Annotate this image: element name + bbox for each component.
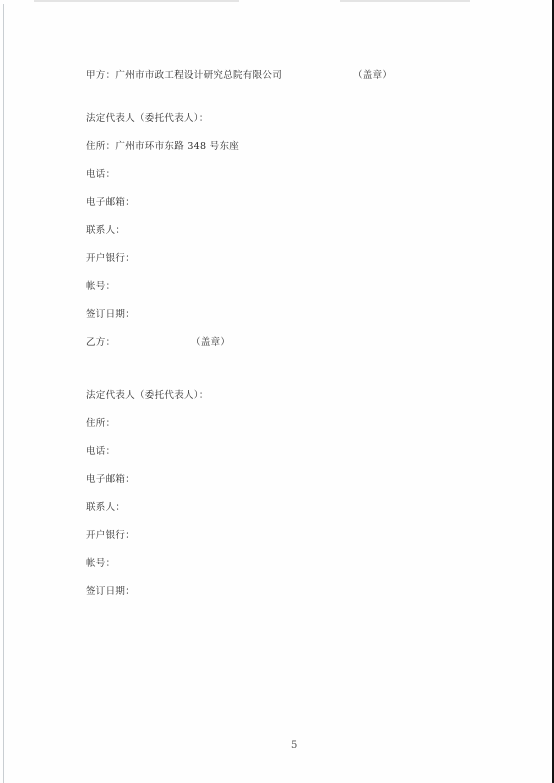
party-b-address: 住所： <box>86 418 115 430</box>
party-b-stamp-label: （盖章） <box>191 337 230 349</box>
party-a-contact: 联系人： <box>86 225 125 237</box>
party-a-sign-date: 签订日期： <box>86 309 135 321</box>
document-page: 甲方：广州市市政工程设计研究总院有限公司 （盖章） 法定代表人（委托代表人）： … <box>0 0 554 783</box>
party-b-name: 乙方： <box>86 337 115 349</box>
party-a-account: 帐号： <box>86 281 115 293</box>
party-a-email: 电子邮箱： <box>86 197 135 209</box>
party-b-email: 电子邮箱： <box>86 474 135 486</box>
party-b-phone: 电话： <box>86 446 115 458</box>
party-a-name: 甲方：广州市市政工程设计研究总院有限公司 <box>86 70 282 82</box>
page-number: 5 <box>291 740 297 751</box>
party-b-legal-rep: 法定代表人（委托代表人）： <box>86 390 209 402</box>
party-b-bank: 开户银行： <box>86 530 135 542</box>
party-b-account: 帐号： <box>86 558 115 570</box>
party-a-bank: 开户银行： <box>86 253 135 265</box>
party-a-phone: 电话： <box>86 169 115 181</box>
party-a-address: 住所：广州市环市东路 348 号东座 <box>86 141 239 153</box>
scan-smudge <box>34 0 239 2</box>
party-b-contact: 联系人： <box>86 502 125 514</box>
party-a-stamp-label: （盖章） <box>353 70 392 82</box>
party-a-legal-rep: 法定代表人（委托代表人）： <box>86 113 209 125</box>
scan-smudge <box>340 0 470 2</box>
scan-edge-left <box>3 4 4 783</box>
party-b-sign-date: 签订日期： <box>86 586 135 598</box>
